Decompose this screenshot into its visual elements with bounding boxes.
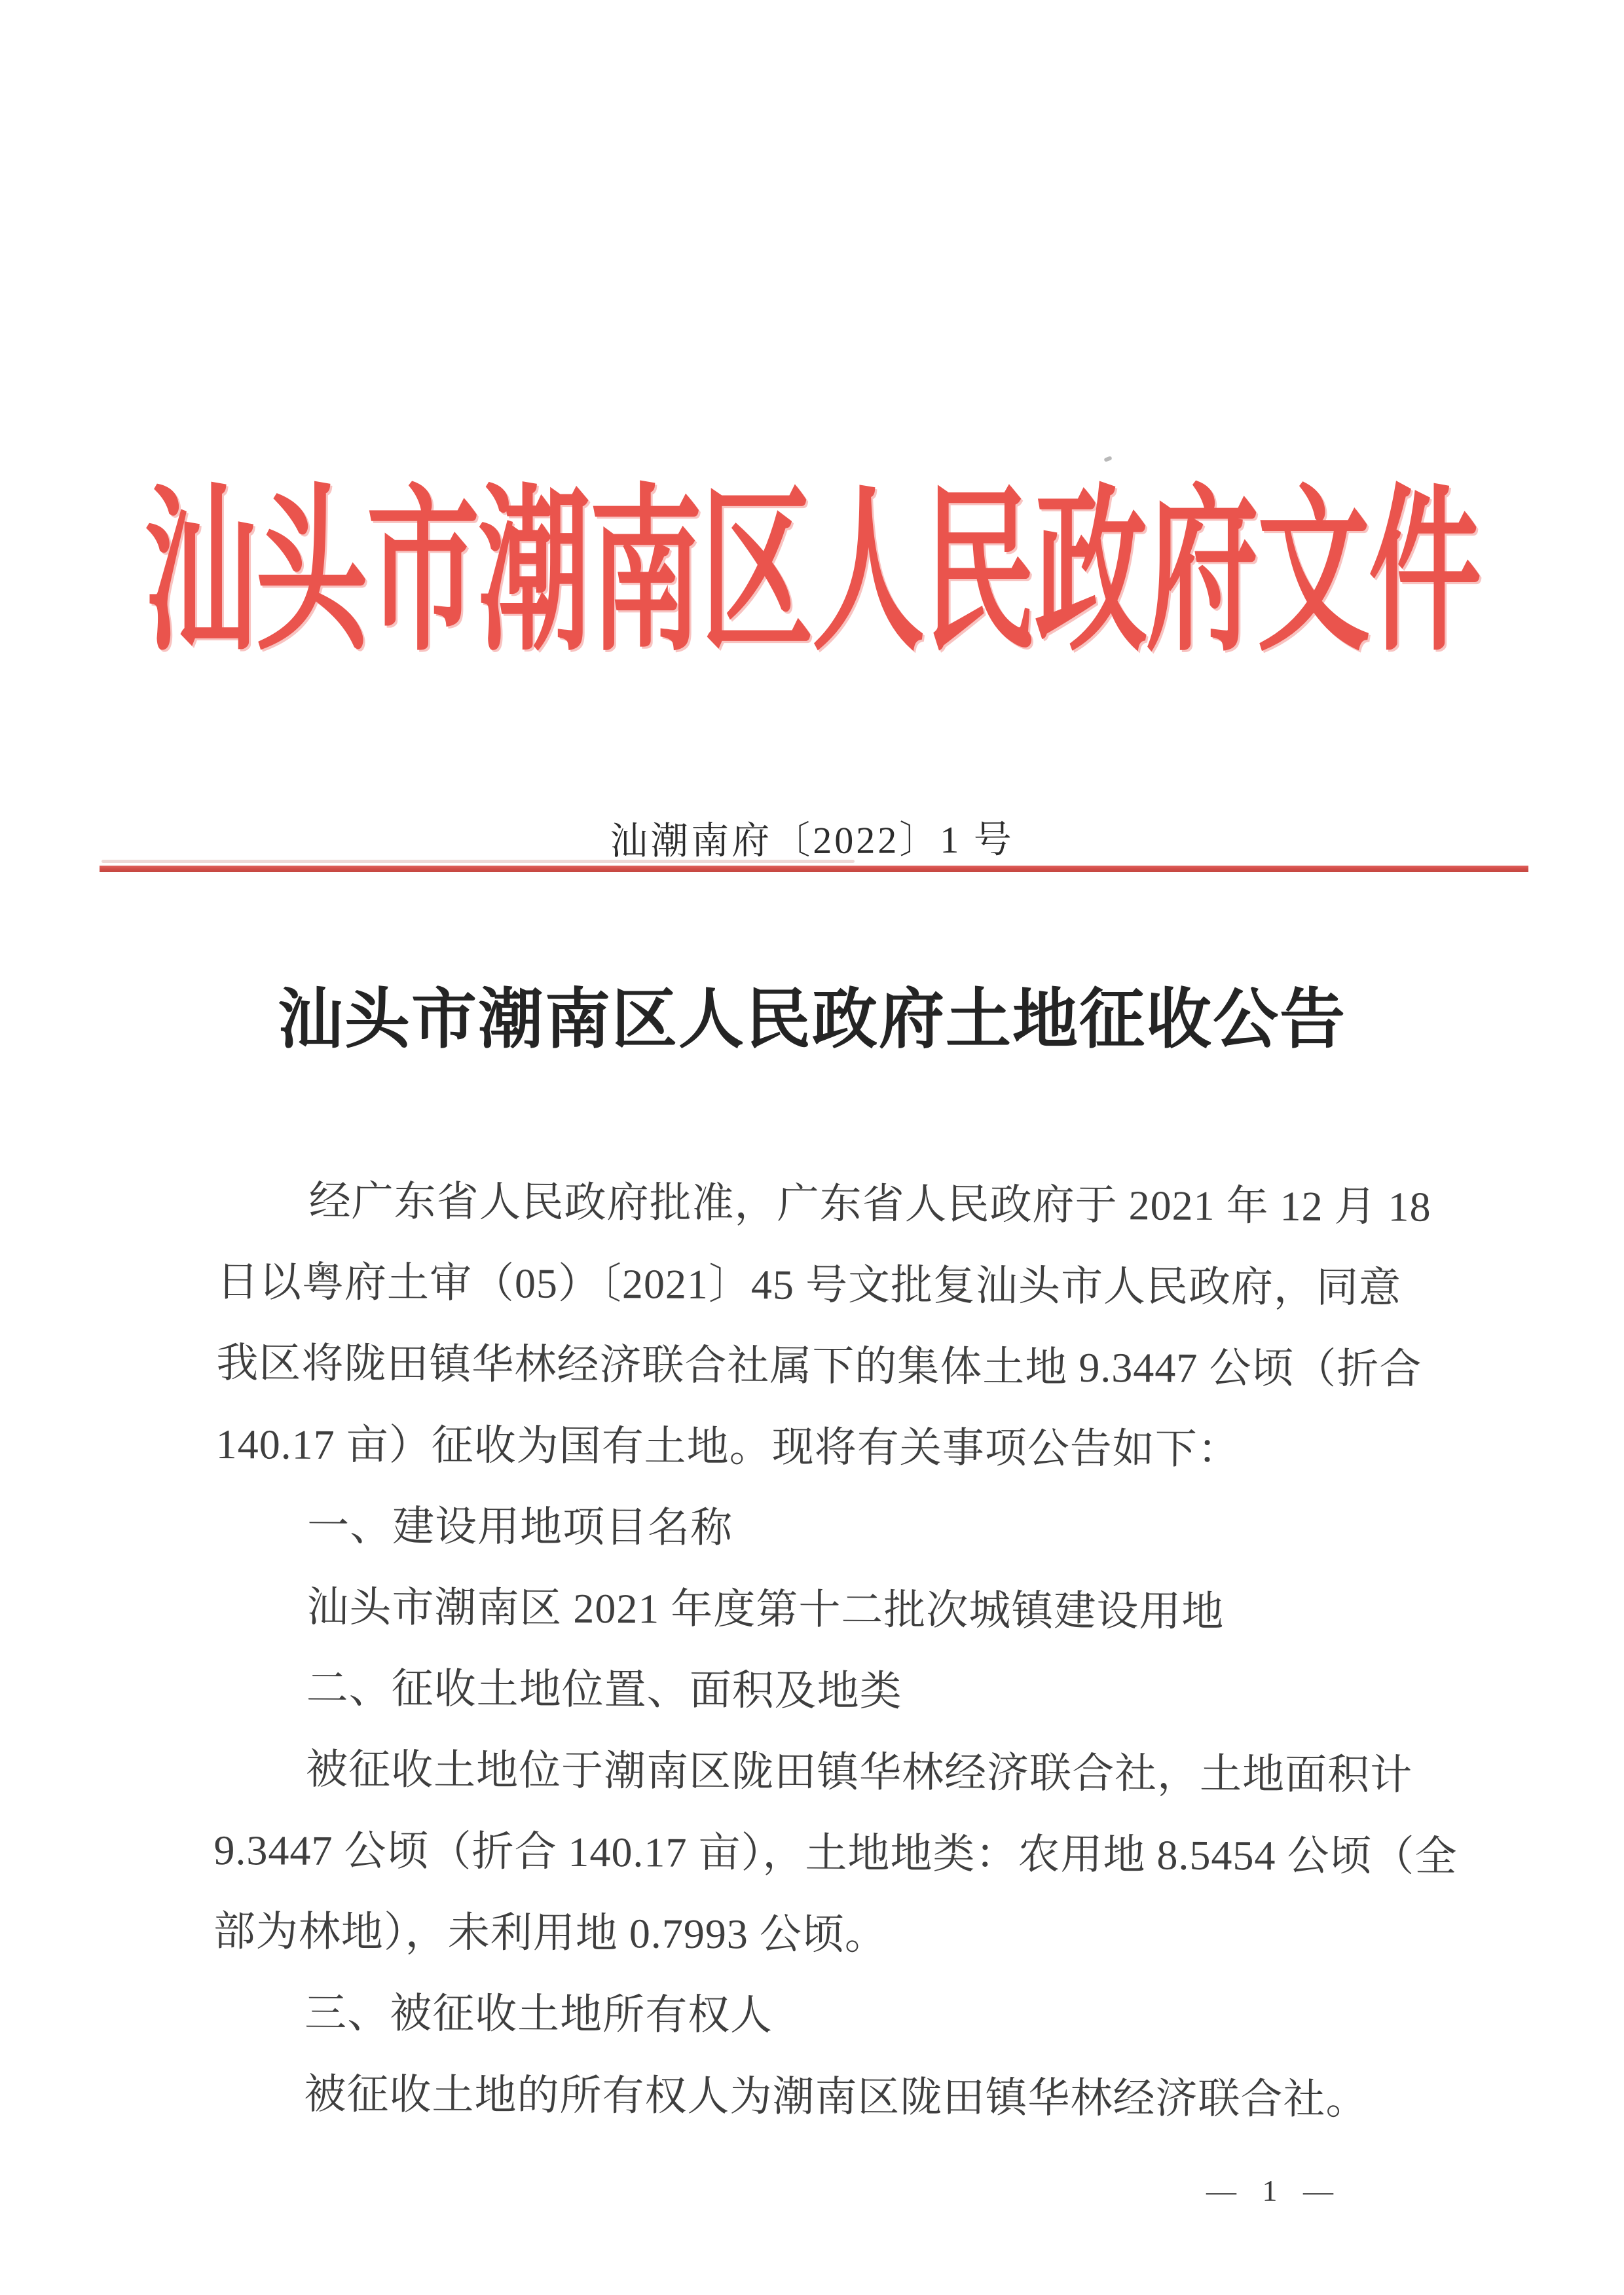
- body-line: 一、建设用地项目名称: [215, 1485, 1471, 1573]
- red-divider-line: [100, 866, 1528, 872]
- body-line: 我区将陇田镇华林经济联合社属下的集体土地 9.3447 公顷（折合: [216, 1323, 1471, 1410]
- body-line: 9.3447 公顷（折合 140.17 亩），土地地类：农用地 8.5454 公…: [213, 1810, 1469, 1898]
- scan-speck-artifact: [1103, 456, 1112, 462]
- body-line: 二、征收土地位置、面积及地类: [214, 1647, 1469, 1735]
- body-line: 被征收土地的所有权人为潮南区陇田镇华林经济联合社。: [212, 2053, 1467, 2141]
- body-line: 部为林地），未利用地 0.7993 公顷。: [213, 1891, 1469, 1979]
- body-line: 日以粤府土审（05）〔2021〕45 号文批复汕头市人民政府，同意: [217, 1241, 1472, 1329]
- red-divider-shadow: [101, 860, 855, 863]
- document-page: 汕头市潮南区人民政府文件 汕潮南府〔2022〕1 号 汕头市潮南区人民政府土地征…: [0, 0, 1624, 2295]
- page-number: — 1 —: [1206, 2173, 1333, 2209]
- document-body: 经广东省人民政府批准，广东省人民政府于 2021 年 12 月 18日以粤府土审…: [212, 1160, 1472, 2141]
- body-line: 被征收土地位于潮南区陇田镇华林经济联合社，土地面积计: [214, 1729, 1469, 1816]
- body-line: 三、被征收土地所有权人: [213, 1972, 1468, 2060]
- body-line: 经广东省人民政府批准，广东省人民政府于 2021 年 12 月 18: [217, 1160, 1472, 1248]
- body-line: 汕头市潮南区 2021 年度第十二批次城镇建设用地: [215, 1566, 1470, 1654]
- body-line: 140.17 亩）征收为国有土地。现将有关事项公告如下：: [215, 1404, 1471, 1492]
- letterhead-title: 汕头市潮南区人民政府文件: [0, 466, 1624, 683]
- document-title: 汕头市潮南区人民政府土地征收公告: [0, 981, 1624, 1059]
